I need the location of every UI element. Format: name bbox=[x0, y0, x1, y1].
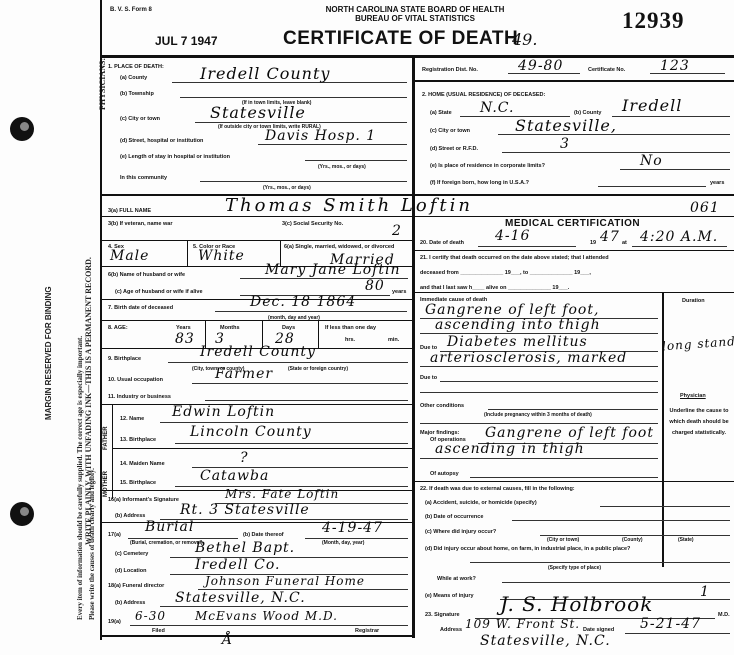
min-label: min. bbox=[388, 337, 399, 343]
signature-label: 23. Signature bbox=[425, 612, 460, 618]
father-birthplace-label: 13. Birthplace bbox=[120, 437, 156, 443]
home-label: (d) Did injury occur about home, on farm… bbox=[425, 546, 630, 552]
birth-line bbox=[215, 311, 407, 312]
years-label: years bbox=[710, 180, 724, 186]
certificate-field[interactable]: 123 bbox=[660, 58, 690, 74]
limits-label: (e) Is place of residence in corporate l… bbox=[430, 163, 545, 169]
birthplace-note-2: (State or foreign country) bbox=[288, 366, 348, 372]
death-date-label: 20. Date of death bbox=[420, 240, 464, 246]
father-name-label: 12. Name bbox=[120, 416, 144, 422]
autopsy-label: Of autopsy bbox=[430, 471, 459, 477]
director-field[interactable]: Johnson Funeral Home bbox=[205, 574, 365, 588]
accident-label: (a) Accident, suicide, or homicide (spec… bbox=[425, 500, 537, 506]
bottom-rule bbox=[102, 635, 412, 637]
where-note-state: (State) bbox=[678, 537, 694, 543]
due-to-field[interactable]: Diabetes mellitus bbox=[447, 334, 588, 350]
foreign-line bbox=[598, 186, 706, 187]
death-date-line bbox=[478, 246, 576, 247]
name-rule bbox=[102, 216, 734, 217]
death-county-field[interactable]: Iredell County bbox=[200, 64, 330, 83]
received-stamp: JUL 7 1947 bbox=[155, 34, 218, 48]
row-rule bbox=[102, 320, 412, 321]
physician-address-field[interactable]: 109 W. Front St. bbox=[465, 617, 580, 631]
binding-margin: PHYSICIANS: WRITE PLAINLY, WITH UNFADING… bbox=[0, 0, 100, 655]
father-birthplace-line bbox=[175, 443, 408, 444]
director-address-line bbox=[160, 606, 408, 607]
duration-field[interactable]: long standing bbox=[662, 333, 734, 354]
age-label: 8. AGE: bbox=[108, 325, 128, 331]
city-label: (c) City or town bbox=[120, 116, 160, 122]
due-to-line-2 bbox=[420, 366, 658, 367]
operations-line-2 bbox=[420, 458, 658, 459]
limits-line bbox=[620, 169, 730, 170]
physician-address-label: Address bbox=[440, 627, 462, 633]
filed-line bbox=[130, 625, 408, 626]
bottom-mark: Å bbox=[222, 632, 233, 648]
burial-field[interactable]: Burial bbox=[145, 519, 194, 535]
board-name: NORTH CAROLINA STATE BOARD OF HEALTH bbox=[280, 5, 550, 14]
father-name-line bbox=[160, 422, 408, 423]
burial-note: (Burial, cremation, or removal) bbox=[130, 540, 203, 546]
spouse-field[interactable]: Mary Jane Loftin bbox=[265, 262, 400, 278]
stay-label: (e) Length of stay in hospital or instit… bbox=[120, 154, 230, 160]
row-rule bbox=[415, 292, 734, 293]
occurrence-line bbox=[512, 520, 730, 521]
street-line bbox=[258, 144, 407, 145]
board-heading: NORTH CAROLINA STATE BOARD OF HEALTH BUR… bbox=[280, 5, 550, 23]
community-note: (Yrs., mos., or days) bbox=[263, 185, 311, 191]
death-year-field[interactable]: 47 bbox=[600, 229, 620, 245]
residence-county-line bbox=[612, 116, 730, 117]
informant-address-field[interactable]: Rt. 3 Statesville bbox=[180, 502, 310, 518]
bureau-name: BUREAU OF VITAL STATISTICS bbox=[280, 14, 550, 23]
row-rule bbox=[102, 240, 412, 241]
mother-tag: MOTHER bbox=[103, 471, 109, 497]
means-field[interactable]: 1 bbox=[700, 584, 710, 600]
accident-line bbox=[600, 506, 730, 507]
findings-label: Major findings: bbox=[420, 430, 459, 436]
cemetery-label: (c) Cemetery bbox=[115, 551, 148, 557]
informant-signature-label: 16(a) Informant's Signature bbox=[108, 497, 179, 503]
birthplace-field[interactable]: Iredell County bbox=[200, 344, 316, 360]
death-time-line bbox=[632, 246, 727, 247]
cell-divider bbox=[318, 320, 319, 348]
other-line-2 bbox=[420, 423, 658, 424]
record-code: 061 bbox=[690, 200, 720, 216]
father-tag: FATHER bbox=[103, 426, 109, 450]
filed-caption: Filed bbox=[152, 628, 165, 634]
industry-label: 11. Industry or business bbox=[108, 394, 171, 400]
father-birthplace-field[interactable]: Lincoln County bbox=[190, 424, 312, 440]
informant-signature-field[interactable]: Mrs. Fate Loftin bbox=[225, 487, 339, 501]
certificate-number: 12939 bbox=[622, 8, 685, 34]
spouse-age-field[interactable]: 80 bbox=[365, 278, 385, 294]
age-years-field[interactable]: 83 bbox=[175, 331, 195, 347]
immediate-cause-field[interactable]: Gangrene of left foot, bbox=[425, 302, 599, 318]
attended-text: deceased from ______________ 19___, to _… bbox=[420, 270, 591, 276]
less-day-label: If less than one day bbox=[325, 325, 376, 331]
physician-address-field-2[interactable]: Statesville, N.C. bbox=[480, 633, 611, 649]
work-line bbox=[502, 582, 730, 583]
occurrence-label: (b) Date of occurrence bbox=[425, 514, 483, 520]
burial-line bbox=[128, 538, 238, 539]
cemetery-field[interactable]: Bethel Bapt. bbox=[195, 540, 295, 556]
header-rule bbox=[102, 55, 734, 58]
last-saw-text: and that I last saw h____ alive on _____… bbox=[420, 285, 569, 291]
work-label: While at work? bbox=[437, 576, 476, 582]
title-mark: 49. bbox=[512, 30, 537, 49]
ssn-label: 3(c) Social Security No. bbox=[282, 221, 343, 227]
informant-address-label: (b) Address bbox=[115, 513, 145, 519]
birth-label: 7. Birth date of deceased bbox=[108, 305, 173, 311]
duration-label: Duration bbox=[682, 298, 705, 304]
row-rule bbox=[415, 250, 734, 251]
community-line bbox=[200, 181, 407, 182]
residence-heading: 2. HOME (USUAL RESIDENCE) OF DECEASED: bbox=[422, 92, 545, 98]
director-address-label: (b) Address bbox=[115, 600, 145, 606]
burial-date-label: (b) Date thereof bbox=[243, 532, 284, 538]
death-city-field[interactable]: Statesville bbox=[210, 103, 306, 122]
residence-city-label: (c) City or town bbox=[430, 128, 470, 134]
occupation-field[interactable]: Farmer bbox=[215, 366, 273, 382]
birthplace-line bbox=[168, 362, 408, 363]
parent-tag-divider bbox=[112, 404, 113, 499]
occupation-line bbox=[192, 383, 408, 384]
spouse-age-label: (c) Age of husband or wife if alive bbox=[115, 289, 203, 295]
due-to-label-2: Due to bbox=[420, 375, 437, 381]
district-label: Registration Dist. No. bbox=[422, 67, 478, 73]
place-of-death-heading: 1. PLACE OF DEATH: bbox=[108, 64, 164, 70]
where-note-county: (County) bbox=[622, 537, 643, 543]
residence-county-field[interactable]: Iredell bbox=[622, 96, 682, 115]
residence-street-field[interactable]: 3 bbox=[560, 136, 570, 152]
operations-field-2[interactable]: ascending in thigh bbox=[435, 441, 585, 457]
stay-note: (Yrs., mos., or days) bbox=[318, 164, 366, 170]
spouse-label: 6(b) Name of husband or wife bbox=[108, 272, 185, 278]
mother-maiden-field[interactable]: ? bbox=[240, 450, 249, 466]
residence-city-field[interactable]: Statesville, bbox=[515, 116, 617, 135]
birthplace-label: 9. Birthplace bbox=[108, 356, 141, 362]
full-name-label: 3(a) FULL NAME bbox=[108, 208, 151, 214]
punch-hole bbox=[10, 117, 34, 141]
instruction-note: Every item of information should be care… bbox=[76, 336, 84, 620]
foreign-label: (f) If foreign born, how long in U.S.A.? bbox=[430, 180, 529, 186]
community-label: In this community bbox=[120, 175, 167, 181]
registrar-caption: Registrar bbox=[355, 628, 379, 634]
street-label: (d) Street, hospital or institution bbox=[120, 138, 203, 144]
at-label: at bbox=[622, 240, 627, 246]
filed-label: 19(a) bbox=[108, 619, 121, 625]
burial-date-note: (Month, day, year) bbox=[322, 540, 364, 546]
township-label: (b) Township bbox=[120, 91, 154, 97]
section-rule bbox=[415, 80, 734, 82]
marital-label: 6(a) Single, married, widowed, or divorc… bbox=[284, 244, 394, 250]
county-label: (a) County bbox=[120, 75, 147, 81]
where-label: (c) Where did injury occur? bbox=[425, 529, 496, 535]
full-name-field[interactable]: Thomas Smith Loftin bbox=[225, 195, 473, 216]
veteran-label: 3(b) If veteran, name war bbox=[108, 221, 173, 227]
cell-divider bbox=[187, 240, 188, 266]
occupation-label: 10. Usual occupation bbox=[108, 377, 163, 383]
where-line bbox=[540, 535, 730, 536]
other-note: (Include pregnancy within 3 months of de… bbox=[484, 412, 592, 418]
operations-field[interactable]: Gangrene of left foot bbox=[485, 425, 654, 441]
place-note: (Specify type of place) bbox=[548, 565, 601, 571]
spouse-age-unit: years bbox=[392, 289, 406, 295]
death-street-field[interactable]: Davis Hosp. 1 bbox=[265, 128, 376, 144]
physician-label: Physician bbox=[680, 393, 706, 399]
means-label: (e) Means of injury bbox=[425, 593, 474, 599]
residence-street-line bbox=[502, 152, 730, 153]
row-rule bbox=[415, 481, 734, 482]
due-to-line-3 bbox=[440, 381, 658, 382]
state-label: (a) State bbox=[430, 110, 452, 116]
immediate-cause-field-2[interactable]: ascending into thigh bbox=[435, 317, 601, 333]
where-note-city: (City or town) bbox=[547, 537, 579, 543]
mother-birthplace-label: 15. Birthplace bbox=[120, 480, 156, 486]
punch-hole bbox=[10, 502, 34, 526]
date-signed-line bbox=[625, 633, 730, 634]
director-label: 18(a) Funeral director bbox=[108, 583, 164, 589]
physician-signature-field[interactable]: J. S. Holbrook bbox=[500, 592, 653, 616]
stay-line bbox=[305, 160, 407, 161]
ssn-field[interactable]: 2 bbox=[392, 223, 402, 239]
instruction-note-2: Please write the causes of death clearly… bbox=[88, 468, 96, 620]
filed-date-field[interactable]: 6-30 bbox=[135, 609, 166, 623]
district-field[interactable]: 49-80 bbox=[518, 58, 563, 74]
other-conditions-label: Other conditions bbox=[420, 403, 464, 409]
burial-date-line bbox=[305, 538, 408, 539]
industry-line bbox=[205, 400, 408, 401]
other-line bbox=[488, 409, 658, 410]
death-date-field[interactable]: 4-16 bbox=[495, 228, 530, 244]
registrar-signature-field[interactable]: McEvans Wood M.D. bbox=[195, 609, 338, 623]
form-code: B. V. S. Form 8 bbox=[110, 7, 152, 13]
column-divider bbox=[412, 58, 415, 638]
death-year-prefix: 19 bbox=[590, 240, 596, 246]
sex-field[interactable]: Male bbox=[110, 248, 149, 264]
md-label: M.D. bbox=[718, 612, 730, 618]
birth-date-field[interactable]: Dec. 18 1864 bbox=[250, 294, 356, 310]
underline-note: Underline the cause to which death shoul… bbox=[666, 406, 732, 439]
mother-maiden-label: 14. Maiden Name bbox=[120, 461, 165, 467]
certificate-label: Certificate No. bbox=[588, 67, 625, 73]
date-signed-field[interactable]: 5-21-47 bbox=[640, 616, 701, 632]
burial-date-field[interactable]: 4-19-47 bbox=[322, 520, 383, 536]
mother-birthplace-field[interactable]: Catawba bbox=[200, 468, 269, 484]
location-field[interactable]: Iredell Co. bbox=[195, 557, 281, 573]
director-address-field[interactable]: Statesville, N.C. bbox=[175, 590, 306, 606]
page-title: CERTIFICATE OF DEATH bbox=[283, 28, 518, 50]
death-time-field[interactable]: 4:20 A.M. bbox=[640, 229, 718, 245]
due-to-line-4 bbox=[420, 392, 658, 393]
limits-field[interactable]: No bbox=[640, 153, 663, 169]
certify-text: 21. I certify that death occurred on the… bbox=[420, 255, 609, 261]
township-line bbox=[180, 97, 407, 98]
due-to-field-2[interactable]: arteriosclerosis, marked bbox=[430, 350, 627, 366]
external-heading: 22. If death was due to external causes,… bbox=[420, 486, 575, 492]
city-line bbox=[195, 122, 407, 123]
duration-column-divider bbox=[662, 292, 664, 567]
binding-note: MARGIN RESERVED FOR BINDING bbox=[44, 286, 53, 420]
location-label: (d) Location bbox=[115, 568, 146, 574]
autopsy-line bbox=[470, 477, 658, 478]
residence-street-label: (d) Street or R.F.D. bbox=[430, 146, 478, 152]
residence-state-field[interactable]: N.C. bbox=[480, 100, 514, 116]
row-rule bbox=[112, 448, 412, 449]
race-field[interactable]: White bbox=[198, 248, 245, 264]
place-line bbox=[470, 562, 730, 563]
father-name-field[interactable]: Edwin Loftin bbox=[172, 404, 275, 420]
burial-label: 17(a) bbox=[108, 532, 121, 538]
hrs-label: hrs. bbox=[345, 337, 355, 343]
